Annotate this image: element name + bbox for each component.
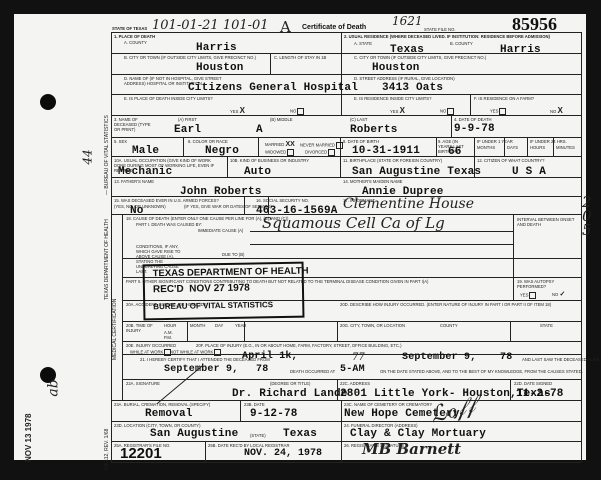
autopsy-yes[interactable]: Yes [520, 292, 536, 299]
citizen-label: 12. Citizen of What Country? [477, 158, 544, 163]
death-county-label: a. County [124, 40, 147, 45]
due-to-b-label: Due to (b) [222, 252, 244, 257]
marital-widowed[interactable]: Widowed [265, 149, 294, 156]
business-label: 10b. Kind of Business or Industry [230, 158, 309, 163]
first-name-label: (a) First [178, 117, 197, 122]
marital-married[interactable]: Married XX [265, 142, 295, 147]
side-label-vital-statistics: — Bureau of Vital Statistics [104, 115, 110, 195]
last-name-label: (c) Last [350, 117, 367, 122]
disposition-date-label: 23b. Date [244, 402, 265, 407]
ssn-label: 16. Social Security No. [256, 198, 309, 203]
signature-label: 22a. Signature [126, 381, 160, 386]
residence-street-label: d. Street Address (If rural, give locati… [354, 76, 455, 81]
left-received-stamp: NOV 13 1978 [24, 414, 33, 462]
death-county: Harris [196, 42, 237, 54]
hours-label: Hours [530, 145, 545, 150]
autopsy-no[interactable]: No ✓ [552, 292, 565, 297]
death-city-label: b. City or Town (If outside city limits,… [124, 55, 256, 60]
time-of-injury-label: 20b. Time of Injury [126, 323, 166, 333]
burial-location-city: San Augustine [150, 428, 238, 440]
injury-location-label: 20g. City, Town, or Location [340, 323, 405, 328]
last-seen-date: September 9, [402, 352, 476, 363]
letter-mark: A [280, 18, 291, 36]
birthplace: San Augustine Texas [352, 166, 481, 178]
usual-residence-label: 2. Usual Residence (Where deceased lived… [344, 34, 550, 39]
registrar-file-number: 12201 [120, 445, 162, 462]
residence-state-label: a. State [354, 41, 372, 46]
injury-description-label: 20d. Describe how injury occurred. (Ente… [340, 302, 551, 307]
cemetery-label: 23c. Name of Cemetery or Crematory [344, 402, 432, 407]
last-seen-year: 78 [500, 352, 512, 363]
date-received: NOV. 24, 1978 [244, 448, 322, 459]
not-at-work-option[interactable]: Not while at work [170, 349, 221, 356]
immediate-cause: Squamous Cell Ca of Lg [262, 214, 445, 232]
residence-inside-city-yes[interactable]: Yes X [390, 108, 405, 114]
race-label: 6. Color or Race [188, 139, 228, 144]
injury-day-label: Day [215, 323, 223, 328]
address-label: 22c. Address [340, 381, 370, 386]
date-signed-label: 22d. Date Signed [514, 381, 552, 386]
first-name: Earl [174, 124, 201, 136]
death-inside-city-yes[interactable]: Yes X [230, 108, 245, 114]
death-occurred-label: Death occurred at [290, 369, 335, 374]
residence-county: Harris [500, 44, 541, 56]
last-name: Roberts [350, 124, 398, 136]
injury-state-label: State [540, 323, 553, 328]
date-of-death: 9-9-78 [454, 123, 495, 135]
middle-name-label: (b) Middle [270, 117, 293, 122]
minutes-label: Minutes [556, 145, 575, 150]
autopsy-label: 19. Was Autopsy Performed? [517, 279, 577, 289]
injury-occurred-label: 20e. Injury Occurred [126, 343, 176, 348]
hospital-name: Citizens General Hospital [188, 82, 358, 94]
name-label: 3. Name of Deceased (Type or print) [114, 117, 156, 132]
burial-state-label: (State) [250, 433, 266, 438]
death-time: 5-AM [340, 364, 365, 375]
middle-name: A [256, 124, 263, 136]
age: 66 [448, 146, 462, 158]
handwritten-code: 101-01-21 101-01 [152, 18, 269, 33]
form-number: VS-112, REV. 1/68 [104, 429, 110, 470]
while-at-work-option[interactable]: While at work [130, 349, 171, 356]
funeral-home: Clay & Clay Mortuary [350, 428, 486, 440]
disposition-method-label: 23a. Burial, Cremation, Removal (Specify… [114, 402, 210, 407]
injury-hour-label: Hour [164, 323, 176, 328]
race: Negro [205, 145, 239, 157]
place-of-injury-label: 20f. Place of Injury (e.g., in or about … [196, 343, 401, 348]
left-handwritten-initials: ab [46, 379, 62, 396]
right-handwritten-number: 205 [582, 195, 594, 237]
disposition-date: 9-12-78 [250, 408, 298, 420]
certifier-name: Dr. Richard Lande [232, 388, 348, 400]
citizen-country: U S A [512, 166, 546, 178]
father-label: 13. Father's Name [114, 179, 154, 184]
under-24-hours-label: If Under 24 Hrs. [530, 139, 567, 144]
months-label: Months [477, 145, 495, 150]
state-of-texas-label: State of Texas [112, 26, 147, 31]
last-seen-label: and last saw the deceased alive on [522, 357, 601, 362]
marital-divorced[interactable]: Divorced [305, 149, 335, 156]
under-1-year-label: If Under 1 Year [477, 139, 513, 144]
stamp-line-bureau: BUREAU OF VITAL STATISTICS [153, 300, 273, 311]
interval-label: Interval between onset and death [517, 217, 577, 227]
residence-inside-city-label: e. Is Residence Inside City Limits? [354, 96, 431, 101]
sex-label: 5. Sex [114, 139, 127, 144]
side-label-health-dept: Texas Department of Health [104, 219, 110, 300]
residence-county-label: b. County [450, 41, 473, 46]
father-name: John Roberts [180, 186, 262, 198]
stamp-line-received: REC'D NOV 27 1978 [153, 283, 250, 296]
attended-to-year: 78 [256, 364, 268, 375]
date-of-birth: 10-31-1911 [352, 145, 420, 157]
business: Auto [244, 166, 271, 178]
certify-suffix: on the date stated above, and to the bes… [380, 369, 583, 374]
binder-hole-top [40, 94, 56, 110]
death-city: Houston [196, 62, 244, 74]
marital-never-married[interactable]: Never Married [300, 142, 343, 149]
part1-label: Part I. Death was caused by: [136, 222, 202, 227]
residence-on-farm-no[interactable]: No X [550, 108, 563, 114]
injury-year-label: Year [235, 323, 246, 328]
days-label: Days [507, 145, 518, 150]
death-inside-city-no[interactable]: No [290, 108, 304, 115]
length-of-stay-label: c. Length of Stay in 1b [274, 55, 326, 60]
date-of-death-label: 4. Date of Death [454, 117, 492, 122]
burial-location-state: Texas [283, 428, 317, 440]
place-of-death-label: 1. Place of Death [114, 34, 155, 39]
informant-signature: Clementine House [343, 196, 474, 212]
am-pm-label: a.m. p.m. [164, 330, 174, 340]
received-stamp: TEXAS DEPARTMENT OF HEALTH REC'D NOV 27 … [143, 262, 305, 321]
death-inside-city-label: e. Is Place of Death Inside City Limits? [124, 96, 213, 101]
injury-county-label: County [440, 323, 458, 328]
residence-city-label: c. City or Town (If outside city limits,… [354, 55, 486, 60]
disposition-method: Removal [145, 408, 193, 420]
residence-city: Houston [372, 62, 420, 74]
occupation: Mechanic [118, 166, 172, 178]
injury-month-label: Month [190, 323, 205, 328]
birthplace-label: 11. Birthplace (State or foreign country… [343, 158, 442, 163]
side-label-medical-certification: Medical Certification [112, 299, 118, 360]
attended-from-year: 77 [352, 352, 365, 363]
handwritten-number: 1621 [392, 14, 423, 28]
residence-on-farm-label: f. Is Residence on a Farm? [474, 96, 534, 101]
degree-label: (Degree or title) [270, 381, 310, 386]
stamp-line-dept: TEXAS DEPARTMENT OF HEALTH [153, 266, 309, 280]
armed-forces-label: 15. Was Deceased Ever in U.S. Armed Forc… [114, 198, 219, 203]
mother-label: 14. Mother's Maiden Name [343, 179, 402, 184]
certificate-title: Certificate of Death [302, 24, 366, 31]
immediate-cause-label: Immediate Cause (a) [198, 228, 243, 233]
residence-inside-city-no[interactable]: No [440, 108, 454, 115]
residence-street: 3413 Oats [382, 82, 443, 94]
sex: Male [132, 145, 159, 157]
date-signed: 11-2-78 [516, 388, 564, 400]
residence-on-farm-yes[interactable]: Yes [490, 108, 506, 115]
attended-from: April 1k, [242, 351, 298, 362]
left-handwritten-number: 44 [81, 149, 95, 164]
dob-label: 8. Date of Birth [343, 139, 379, 144]
registrar-signature: MB Barnett [362, 440, 461, 458]
